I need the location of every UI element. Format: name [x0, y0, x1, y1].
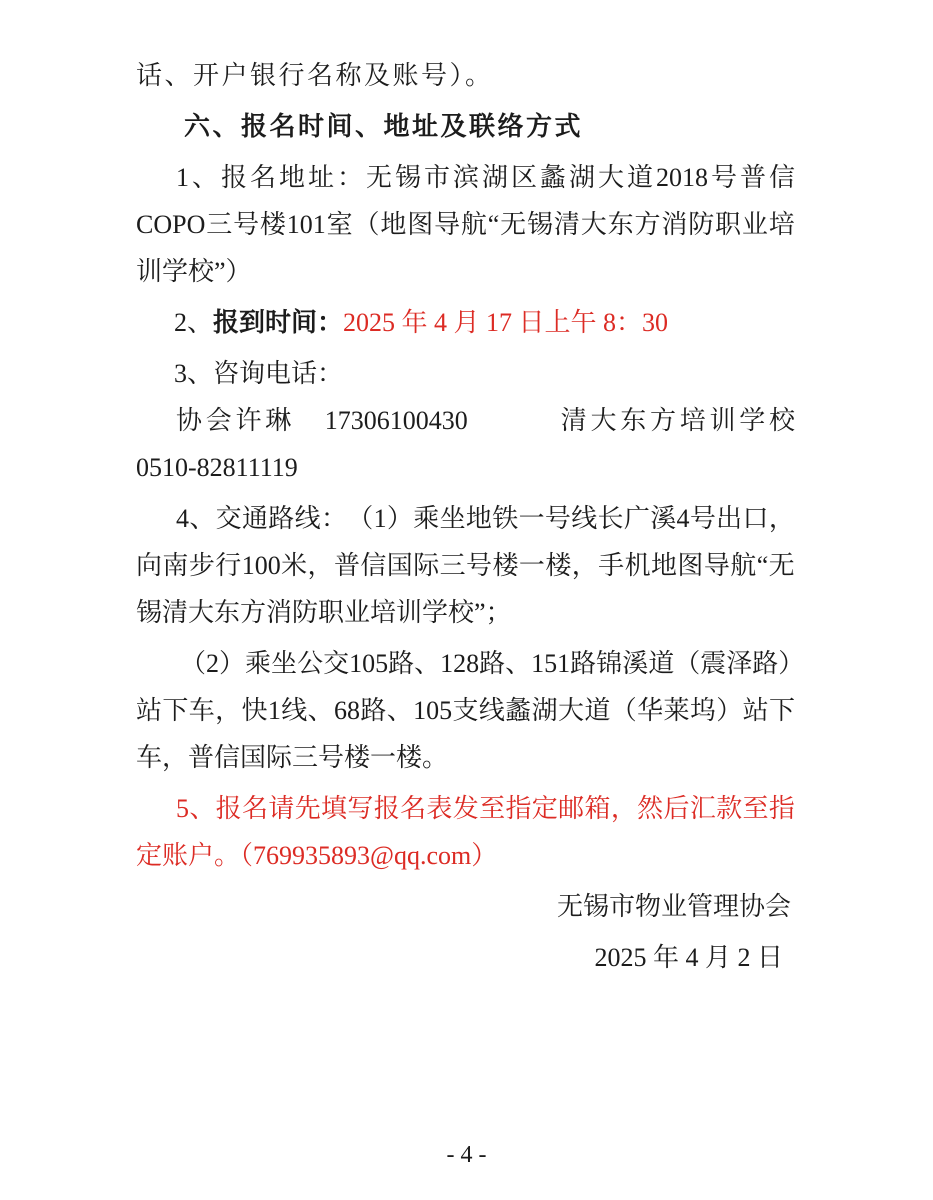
paragraph-line: 锡清大东方消防职业培训学校”； [136, 589, 795, 636]
signature-date: 2025 年 4 月 2 日 [136, 934, 795, 981]
page-number: - 4 - [0, 1140, 933, 1170]
item-registration-email-note: 5、报名请先填写报名表发至指定邮箱，然后汇款至指 定账户。（769935893@… [136, 785, 795, 879]
document-page: { "colors": { "text": "#1c1c1c", "highli… [0, 0, 933, 1200]
paragraph-line: 车，普信国际三号楼一楼。 [136, 734, 795, 781]
paragraph-line: 4、交通路线：（1）乘坐地铁一号线长广溪4号出口， [136, 495, 795, 542]
phone-number-line: 0510-82811119 [136, 444, 795, 491]
paragraph-line: 训学校”） [136, 248, 795, 295]
item-label: 报到时间： [213, 308, 343, 337]
paragraph-line: 3、咨询电话： [136, 350, 795, 397]
paragraph-line: 向南步行100米，普信国际三号楼一楼，手机地图导航“无 [136, 542, 795, 589]
paragraph-line: 话、开户银行名称及账号）。 [136, 52, 795, 99]
signature-date-text: 2025 年 4 月 2 日 [136, 934, 795, 981]
paragraph-line: COPO三号楼101室（地图导航“无锡清大东方消防职业培 [136, 201, 795, 248]
item-transport-route-2: （2）乘坐公交105路、128路、151路锦溪道（震泽路） 站下车，快1线、68… [136, 640, 795, 781]
signature: 无锡市物业管理协会 [136, 883, 795, 930]
item-registration-address: 1、报名地址：无锡市滨湖区蠡湖大道2018号普信 COPO三号楼101室（地图导… [136, 154, 795, 295]
phone-contacts-line: 协会许琳 17306100430 清大东方培训学校 [136, 397, 795, 444]
item-contact-phone: 3、咨询电话： 协会许琳 17306100430 清大东方培训学校 0510-8… [136, 350, 795, 491]
body-text: 话、开户银行名称及账号）。 六、报名时间、地址及联络方式 1、报名地址：无锡市滨… [0, 0, 933, 981]
paragraph-line: 5、报名请先填写报名表发至指定邮箱，然后汇款至指 [136, 785, 795, 832]
paragraph-line: 2、报到时间：2025 年 4 月 17 日上午 8：30 [136, 299, 795, 346]
email-line: 定账户。（769935893@qq.com） [136, 832, 795, 879]
item-checkin-time: 2、报到时间：2025 年 4 月 17 日上午 8：30 [136, 299, 795, 346]
item-number: 2、 [174, 308, 213, 337]
paragraph-bank-info-tail: 话、开户银行名称及账号）。 [136, 52, 795, 99]
section-heading-text: 六、报名时间、地址及联络方式 [136, 103, 795, 150]
item-transport-route: 4、交通路线：（1）乘坐地铁一号线长广溪4号出口， 向南步行100米，普信国际三… [136, 495, 795, 636]
checkin-time-value: 2025 年 4 月 17 日上午 8：30 [343, 308, 668, 337]
section-heading: 六、报名时间、地址及联络方式 [136, 103, 795, 150]
paragraph-line: 1、报名地址：无锡市滨湖区蠡湖大道2018号普信 [136, 154, 795, 201]
paragraph-line: 站下车，快1线、68路、105支线蠡湖大道（华莱坞）站下 [136, 687, 795, 734]
signature-text: 无锡市物业管理协会 [136, 883, 795, 930]
paragraph-line: （2）乘坐公交105路、128路、151路锦溪道（震泽路） [136, 640, 795, 687]
